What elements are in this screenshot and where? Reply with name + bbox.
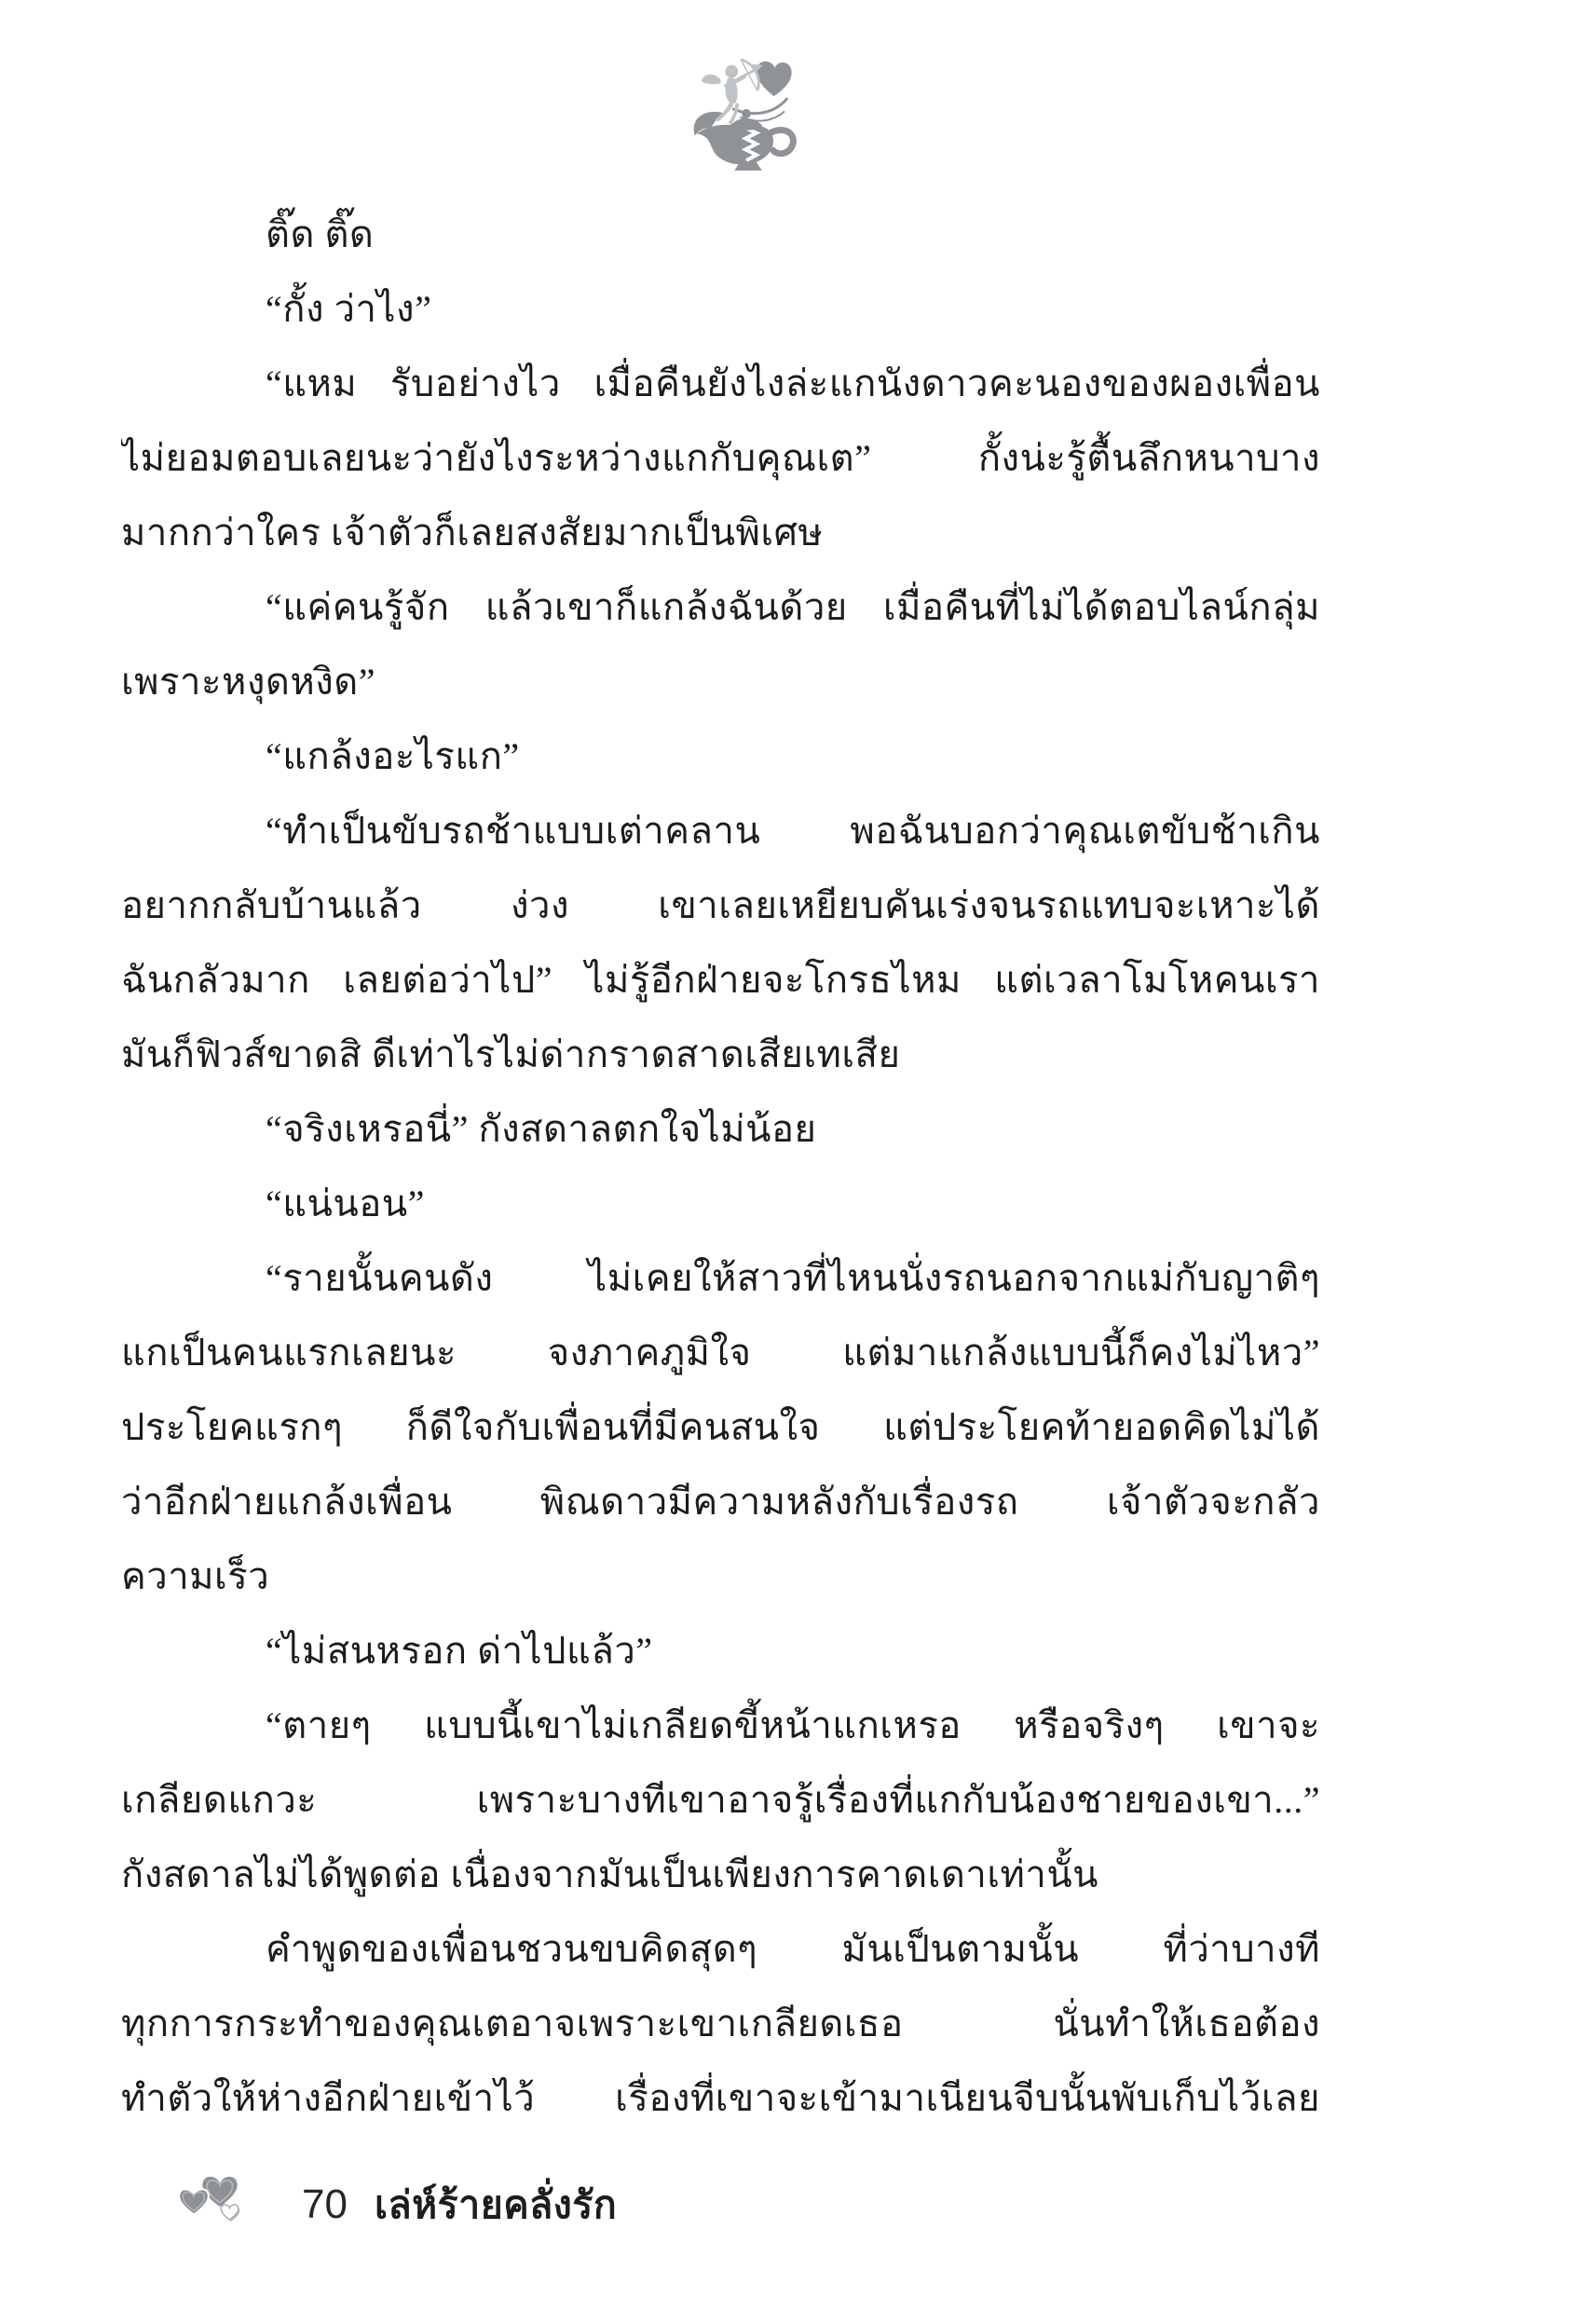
- body-text: ติ๊ด ติ๊ด“กั้ง ว่าไง”“แหม รับอย่างไว เมื…: [121, 198, 1320, 2136]
- text-line: “แน่นอน”: [121, 1167, 1320, 1241]
- cupid-lamp-ornament: [689, 50, 809, 175]
- text-line: “จริงเหรอนี่” กังสดาลตกใจไม่น้อย: [121, 1092, 1320, 1167]
- text-line: แกเป็นคนแรกเลยนะ จงภาคภูมิใจ แต่มาแกล้งแ…: [121, 1316, 1320, 1390]
- cupid-lamp-icon: [689, 50, 809, 175]
- text-line: “แค่คนรู้จัก แล้วเขาก็แกล้งฉันด้วย เมื่อ…: [121, 570, 1320, 645]
- text-line: ทำตัวให้ห่างอีกฝ่ายเข้าไว้ เรื่องที่เขาจ…: [121, 2061, 1320, 2136]
- book-page: ติ๊ด ติ๊ด“กั้ง ว่าไง”“แหม รับอย่างไว เมื…: [0, 0, 1596, 2311]
- text-line: ประโยคแรกๆ ก็ดีใจกับเพื่อนที่มีคนสนใจ แต…: [121, 1390, 1320, 1465]
- text-line: มากกว่าใคร เจ้าตัวก็เลยสงสัยมากเป็นพิเศษ: [121, 496, 1320, 570]
- hearts-icon: [175, 2171, 252, 2231]
- text-line: เกลียดแกวะ เพราะบางทีเขาอาจรู้เรื่องที่แ…: [121, 1763, 1320, 1838]
- text-line: “กั้ง ว่าไง”: [121, 272, 1320, 347]
- page-footer: 70 เล่ห์ร้ายคลั่งรัก: [0, 2164, 1596, 2248]
- text-line: “แหม รับอย่างไว เมื่อคืนยังไงล่ะแกนังดาว…: [121, 347, 1320, 421]
- text-line: ความเร็ว: [121, 1539, 1320, 1614]
- text-line: ฉันกลัวมาก เลยต่อว่าไป” ไม่รู้อีกฝ่ายจะโ…: [121, 943, 1320, 1018]
- text-line: “รายนั้นคนดัง ไม่เคยให้สาวที่ไหนนั่งรถนอ…: [121, 1241, 1320, 1316]
- text-line: กังสดาลไม่ได้พูดต่อ เนื่องจากมันเป็นเพีย…: [121, 1838, 1320, 1912]
- text-line: ว่าอีกฝ่ายแกล้งเพื่อน พิณดาวมีความหลังกั…: [121, 1465, 1320, 1539]
- text-line: “ไม่สนหรอก ด่าไปแล้ว”: [121, 1614, 1320, 1689]
- book-title: เล่ห์ร้ายคลั่งรัก: [375, 2182, 617, 2227]
- text-line: “ทำเป็นขับรถช้าแบบเต่าคลาน พอฉันบอกว่าคุ…: [121, 794, 1320, 868]
- text-line: “แกล้งอะไรแก”: [121, 719, 1320, 794]
- page-number: 70: [302, 2184, 348, 2225]
- text-line: ติ๊ด ติ๊ด: [121, 198, 1320, 272]
- text-line: ทุกการกระทำของคุณเตอาจเพราะเขาเกลียดเธอ …: [121, 1987, 1320, 2061]
- text-line: “ตายๆ แบบนี้เขาไม่เกลียดขี้หน้าแกเหรอ หร…: [121, 1689, 1320, 1763]
- text-line: อยากกลับบ้านแล้ว ง่วง เขาเลยเหยียบคันเร่…: [121, 868, 1320, 943]
- text-line: เพราะหงุดหงิด”: [121, 645, 1320, 719]
- text-line: คำพูดของเพื่อนชวนขบคิดสุดๆ มันเป็นตามนั้…: [121, 1912, 1320, 1987]
- text-line: มันก็ฟิวส์ขาดสิ ดีเท่าไรไม่ด่ากราดสาดเสี…: [121, 1018, 1320, 1092]
- text-line: ไม่ยอมตอบเลยนะว่ายังไงระหว่างแกกับคุณเต”…: [121, 421, 1320, 496]
